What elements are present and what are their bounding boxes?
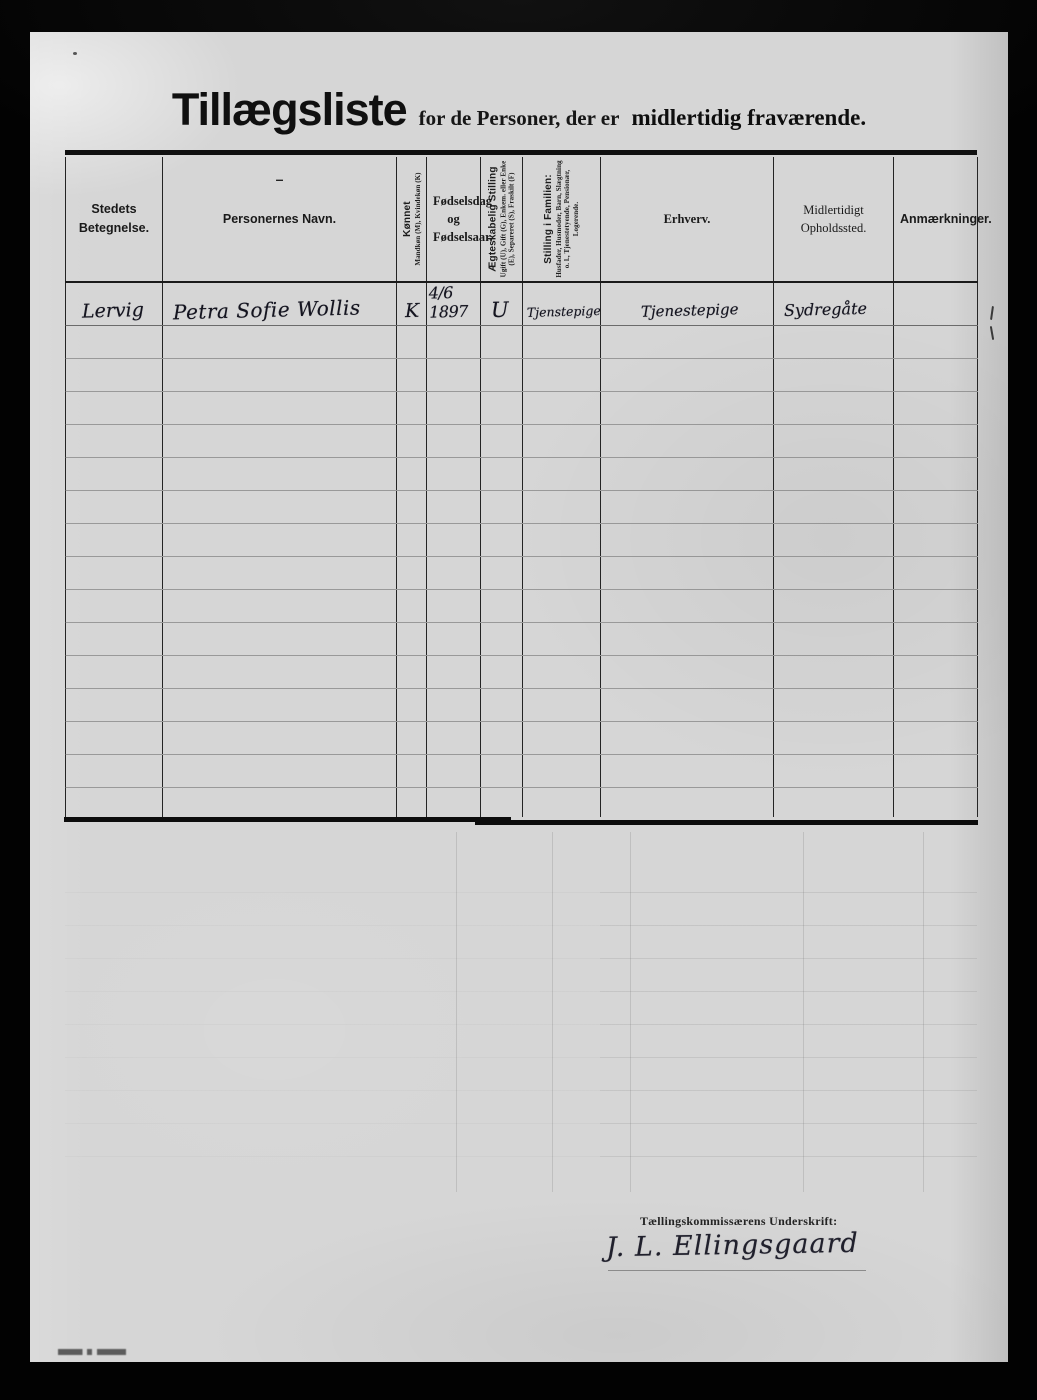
document-title: Tillægsliste for de Personer, der er mid… (30, 84, 1008, 136)
title-main: Tillægsliste (172, 84, 407, 136)
table-row-empty (66, 458, 978, 491)
table-row-empty (66, 722, 978, 755)
dash-mark: – (163, 169, 396, 190)
census-table-area: Stedets Betegnelse. – Personernes Navn. … (65, 150, 977, 826)
cell-stilling-i-familien: Tjenstepige (523, 282, 601, 326)
header-stedets-betegnelse: Stedets Betegnelse. (66, 157, 163, 282)
table-row-empty (66, 326, 978, 359)
cell-erhverv: Tjenestepige (601, 282, 774, 326)
table-row-empty (66, 425, 978, 458)
header-konnet: Kønnet Mandkøn (M), Kvindekøn (K) (397, 157, 427, 282)
table-top-rule (65, 150, 977, 155)
paper-sheet: Tillægsliste for de Personer, der er mid… (30, 32, 1008, 1362)
title-subtitle-bold: midlertidig fraværende. (631, 105, 866, 131)
header-fodselsdag: Fødselsdag og Fødselsaar. (427, 157, 481, 282)
table-row-empty (66, 788, 978, 817)
cell-anmerkninger (894, 282, 978, 326)
header-anmaerkninger: Anmærkninger. (894, 157, 978, 282)
signature-label: Tællingskommissærens Underskrift: (640, 1214, 837, 1229)
show-through-lines (65, 832, 977, 1192)
cell-fodselsdag: 4/6 1897 (427, 282, 481, 326)
table-row-empty (66, 359, 978, 392)
page-edge-mark (989, 306, 995, 344)
table-row-empty (66, 491, 978, 524)
header-stilling-i-familien: Stilling i Familien: Husfader, Husmoder,… (523, 157, 601, 282)
header-erhverv: Erhverv. (601, 157, 774, 282)
table-row-empty (66, 557, 978, 590)
table-row-empty (66, 656, 978, 689)
printer-mark (58, 1349, 126, 1355)
cell-sted: Lervig (66, 282, 163, 326)
cell-egteskabelig: U (481, 282, 523, 326)
table-bottom-rule (65, 817, 977, 826)
table-row-empty (66, 689, 978, 722)
cell-kjonn: K (397, 282, 427, 326)
commissioner-signature: J. L. Ellingsgaard (606, 1228, 859, 1263)
title-subtitle: for de Personer, der er (419, 106, 620, 131)
census-table: Stedets Betegnelse. – Personernes Navn. … (65, 157, 978, 817)
ink-speck (73, 52, 77, 55)
header-personernes-navn: – Personernes Navn. (163, 157, 397, 282)
table-row-empty (66, 623, 978, 656)
scanned-page: Tillægsliste for de Personer, der er mid… (0, 0, 1037, 1400)
signature-underline (608, 1270, 866, 1271)
cell-opholdssted: Sydregåte (774, 282, 894, 326)
table-row-empty (66, 755, 978, 788)
table-row-empty (66, 524, 978, 557)
table-body: Lervig Petra Sofie Wollis K 4/6 1897 U T… (66, 282, 978, 817)
header-aegteskabelig-stilling: Ægteskabelig Stilling Ugift (U), Gift (G… (481, 157, 523, 282)
table-row-entry: Lervig Petra Sofie Wollis K 4/6 1897 U T… (66, 282, 978, 326)
table-row-empty (66, 392, 978, 425)
cell-navn: Petra Sofie Wollis (163, 282, 397, 326)
header-midlertidigt-opholdssted: Midlertidigt Opholdssted. (774, 157, 894, 282)
table-row-empty (66, 590, 978, 623)
table-header: Stedets Betegnelse. – Personernes Navn. … (66, 157, 978, 282)
